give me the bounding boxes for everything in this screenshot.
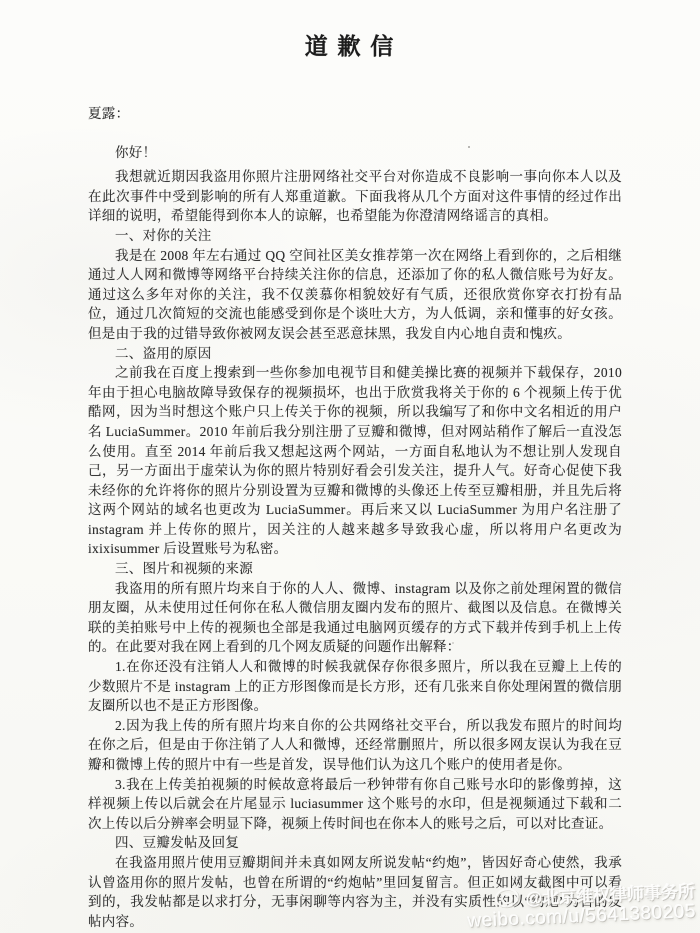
letter-body: 夏露： 你好！ 我想就近期因我盗用你照片注册网络社交平台对你造成不良影响一事向你… [88,104,622,931]
recipient-name: 夏露： [88,104,622,124]
paragraph-intro: 我想就近期因我盗用你照片注册网络社交平台对你造成不良影响一事向你本人以及在此次事… [88,167,622,226]
section-heading-4: 四、豆瓣发帖及回复 [88,833,622,853]
scanned-apology-letter: 道 歉 信 夏露： 你好！ 我想就近期因我盗用你照片注册网络社交平台对你造成不良… [0,0,700,933]
paragraph-point-2: 2.因为我上传的所有照片均来自你的公共网络社交平台，所以我发布照片的时间均在你之… [88,716,622,775]
letter-title: 道 歉 信 [0,0,700,61]
section-heading-2: 二、盗用的原因 [88,344,622,364]
section-heading-1: 一、对你的关注 [88,226,622,246]
paragraph-section-3: 我盗用的所有照片均来自于你的人人、微博、instagram 以及你之前处理闲置的… [88,579,622,657]
salutation: 你好！ [88,143,622,163]
scan-speck [452,642,454,644]
paragraph-section-1: 我是在 2008 年左右通过 QQ 空间社区美女推荐第一次在网络上看到你的，之后… [88,246,622,344]
paragraph-section-2: 之前我在百度上搜索到一些你参加电视节目和健美操比赛的视频并下载保存，2010 年… [88,363,622,559]
paragraph-point-3: 3.我在上传美拍视频的时候故意将最后一秒钟带有你自己账号水印的影像剪掉，这样视频… [88,775,622,834]
scan-speck [468,146,470,148]
weibo-watermark: @北京维权律师事务所 weibo.com/u/5641380205 [467,877,697,932]
weibo-eye-logo-icon [494,886,521,909]
section-heading-3: 三、图片和视频的来源 [88,559,622,579]
paragraph-point-1: 1.在你还没有注销人人和微博的时候我就保存你很多照片，所以我在豆瓣上上传的少数照… [88,657,622,716]
